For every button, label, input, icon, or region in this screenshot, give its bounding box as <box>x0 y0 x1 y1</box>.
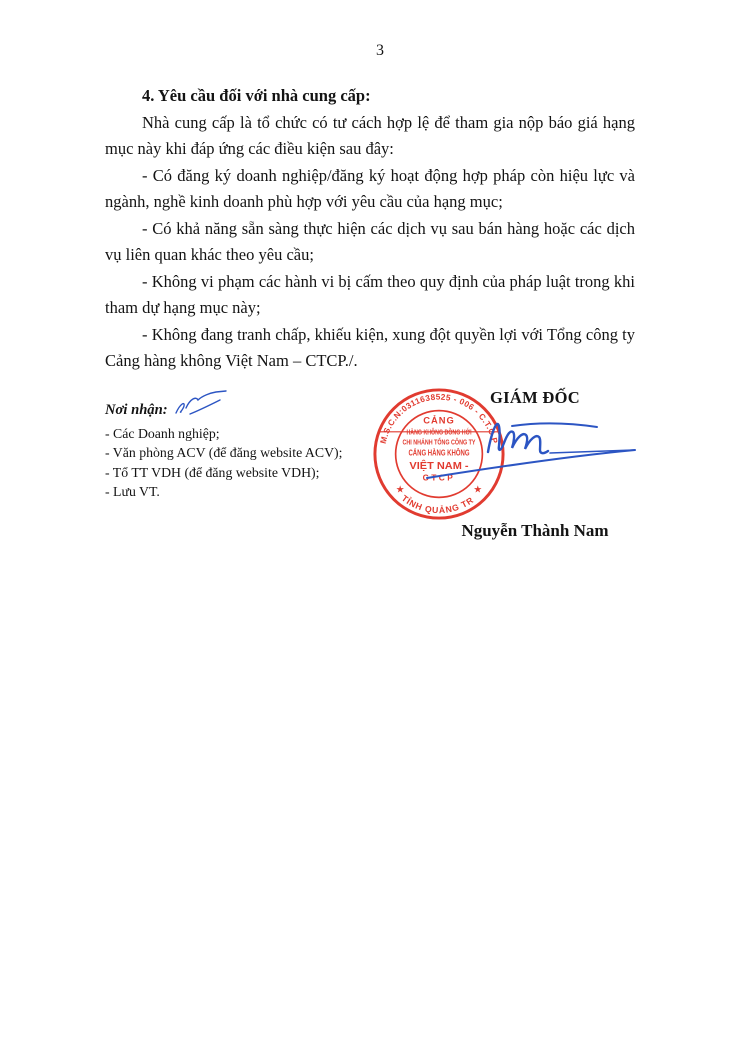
stamp-star-left-icon: ★ <box>396 484 405 495</box>
recipient-item: - Tổ TT VDH (để đăng website VDH); <box>105 463 342 483</box>
document-page: 3 4. Yêu cầu đối với nhà cung cấp: Nhà c… <box>0 0 739 1042</box>
paragraph: Nhà cung cấp là tổ chức có tư cách hợp l… <box>105 110 635 163</box>
recipient-item: - Các Doanh nghiệp; <box>105 424 342 444</box>
director-signature <box>420 410 646 506</box>
page-number: 3 <box>0 42 739 60</box>
paragraph: - Không đang tranh chấp, khiếu kiện, xun… <box>105 322 635 375</box>
paragraph: - Có đăng ký doanh nghiệp/đăng ký hoạt đ… <box>105 163 635 216</box>
document-body: 4. Yêu cầu đối với nhà cung cấp: Nhà cun… <box>105 83 635 375</box>
recipient-item: - Văn phòng ACV (để đăng website ACV); <box>105 443 342 463</box>
signer-name: Nguyễn Thành Nam <box>430 521 640 541</box>
paragraph: - Có khả năng sẵn sàng thực hiện các dịc… <box>105 216 635 269</box>
recipient-item: - Lưu VT. <box>105 482 342 502</box>
section-heading: 4. Yêu cầu đối với nhà cung cấp: <box>105 83 635 110</box>
paraph-initials <box>168 389 240 419</box>
paragraph: - Không vi phạm các hành vi bị cấm theo … <box>105 269 635 322</box>
